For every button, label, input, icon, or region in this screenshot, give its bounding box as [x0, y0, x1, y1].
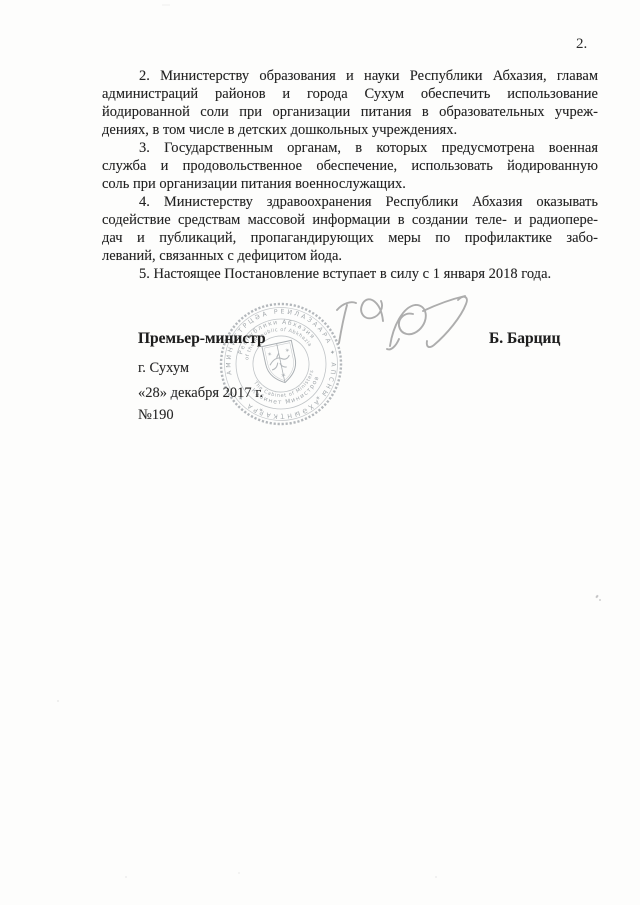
scan-speck [238, 872, 240, 874]
paragraph-line: 5. Настоящее Постановление вступает в си… [102, 265, 598, 283]
svg-text:✶: ✶ [284, 347, 290, 355]
paragraph-line: администраций районов и города Сухум обе… [102, 85, 598, 103]
signer-name: Б. Барциц [489, 330, 560, 348]
scan-speck [125, 876, 127, 878]
paragraph-line: йодированной соли при организации питани… [102, 103, 598, 121]
paragraph-line: содействие средствам массовой информации… [102, 211, 598, 229]
svg-text:✶: ✶ [280, 371, 288, 380]
scan-speck [162, 4, 170, 6]
document-body: 2. Министерству образования и науки Респ… [102, 67, 598, 283]
paragraph-line: 2. Министерству образования и науки Респ… [102, 67, 598, 85]
paragraph-line: соль при организации питания военнослужа… [102, 175, 598, 193]
paragraph-line: 4. Министерству здравоохранения Республи… [102, 193, 598, 211]
svg-text:✶: ✶ [258, 407, 264, 415]
document-number: №190 [138, 407, 174, 424]
scan-speck [57, 700, 59, 702]
signer-title: Премьер-министр [138, 330, 266, 348]
page-number: 2. [576, 36, 587, 53]
scan-speck [599, 599, 601, 601]
paragraph-line: служба и продовольственное обеспечение, … [102, 157, 598, 175]
document-date: «28» декабря 2017 г. [138, 385, 263, 402]
paragraph-line: дениях, в том числе в детских дошкольных… [102, 121, 598, 139]
paragraph-line: леваний, связанных с дефицитом йода. [102, 247, 598, 265]
document-city: г. Сухум [138, 360, 189, 377]
scan-speck [435, 876, 437, 878]
svg-text:✶: ✶ [267, 351, 273, 359]
paragraph-line: дач и публикаций, пропагандирующих меры … [102, 229, 598, 247]
scan-speck [595, 595, 598, 599]
scanned-document-page: 2. 2. Министерству образования и науки Р… [0, 0, 640, 905]
paragraph-line: 3. Государственным органам, в которых пр… [102, 139, 598, 157]
handwritten-signature [295, 290, 480, 365]
